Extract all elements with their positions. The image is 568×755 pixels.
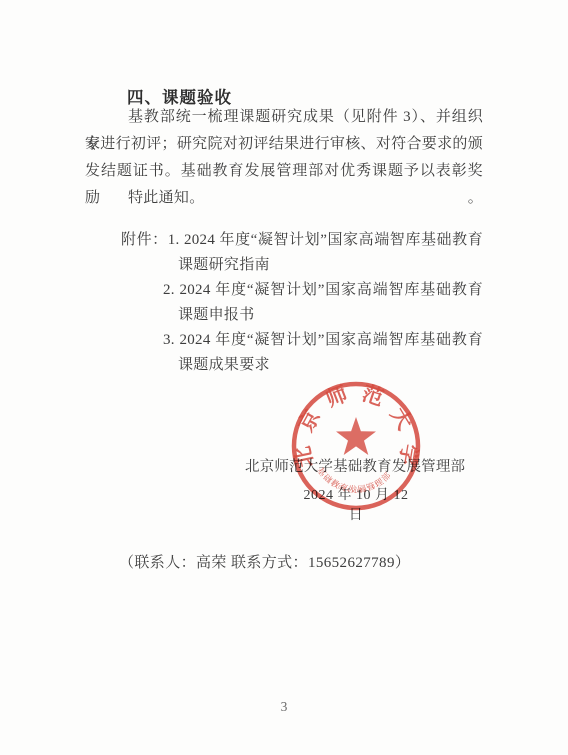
document-page: 四、课题验收 基教部统一梳理课题研究成果（见附件 3）、并组织专 家进行初评；研… (0, 0, 568, 755)
official-seal: 北京师范大学 基础教育发展管理部 1110841084701 (286, 376, 426, 516)
attachment-item-title: 2024 年度“凝智计划”国家高端智库基础教育 (179, 332, 483, 348)
attachment-item-title-cont: 课题申报书 (121, 303, 483, 328)
attachment-item-number: 2. (163, 282, 175, 298)
attachment-item-title: 2024 年度“凝智计划”国家高端智库基础教育 (179, 282, 483, 298)
paragraph-line: 发结题证书。基础教育发展管理部对优秀课题予以表彰奖励。 (85, 158, 483, 185)
attachments-label: 附件： (121, 232, 168, 248)
paragraph-line: 基教部统一梳理课题研究成果（见附件 3）、并组织专 (85, 104, 483, 131)
attachment-item-number: 3. (163, 332, 175, 348)
contact-line: （联系人：高荣 联系方式：15652627789） (119, 551, 410, 572)
notice-body: 基教部统一梳理课题研究成果（见附件 3）、并组织专 家进行初评；研究院对初评结果… (85, 104, 483, 212)
attachment-item-title-cont: 课题研究指南 (121, 253, 483, 278)
attachments-list: 附件：1. 2024 年度“凝智计划”国家高端智库基础教育 课题研究指南 2. … (121, 228, 483, 378)
attachment-item: 3. 2024 年度“凝智计划”国家高端智库基础教育 (121, 328, 483, 353)
star-icon (336, 417, 376, 455)
attachment-item: 2. 2024 年度“凝智计划”国家高端智库基础教育 (121, 278, 483, 303)
attachment-item-number: 1. (168, 232, 180, 248)
page-number: 3 (0, 699, 568, 715)
attachment-item: 附件：1. 2024 年度“凝智计划”国家高端智库基础教育 (121, 228, 483, 253)
paragraph-line: 家进行初评；研究院对初评结果进行审核、对符合要求的颁 (85, 131, 483, 158)
attachment-item-title: 2024 年度“凝智计划”国家高端智库基础教育 (184, 232, 483, 248)
attachment-item-title-cont: 课题成果要求 (121, 353, 483, 378)
